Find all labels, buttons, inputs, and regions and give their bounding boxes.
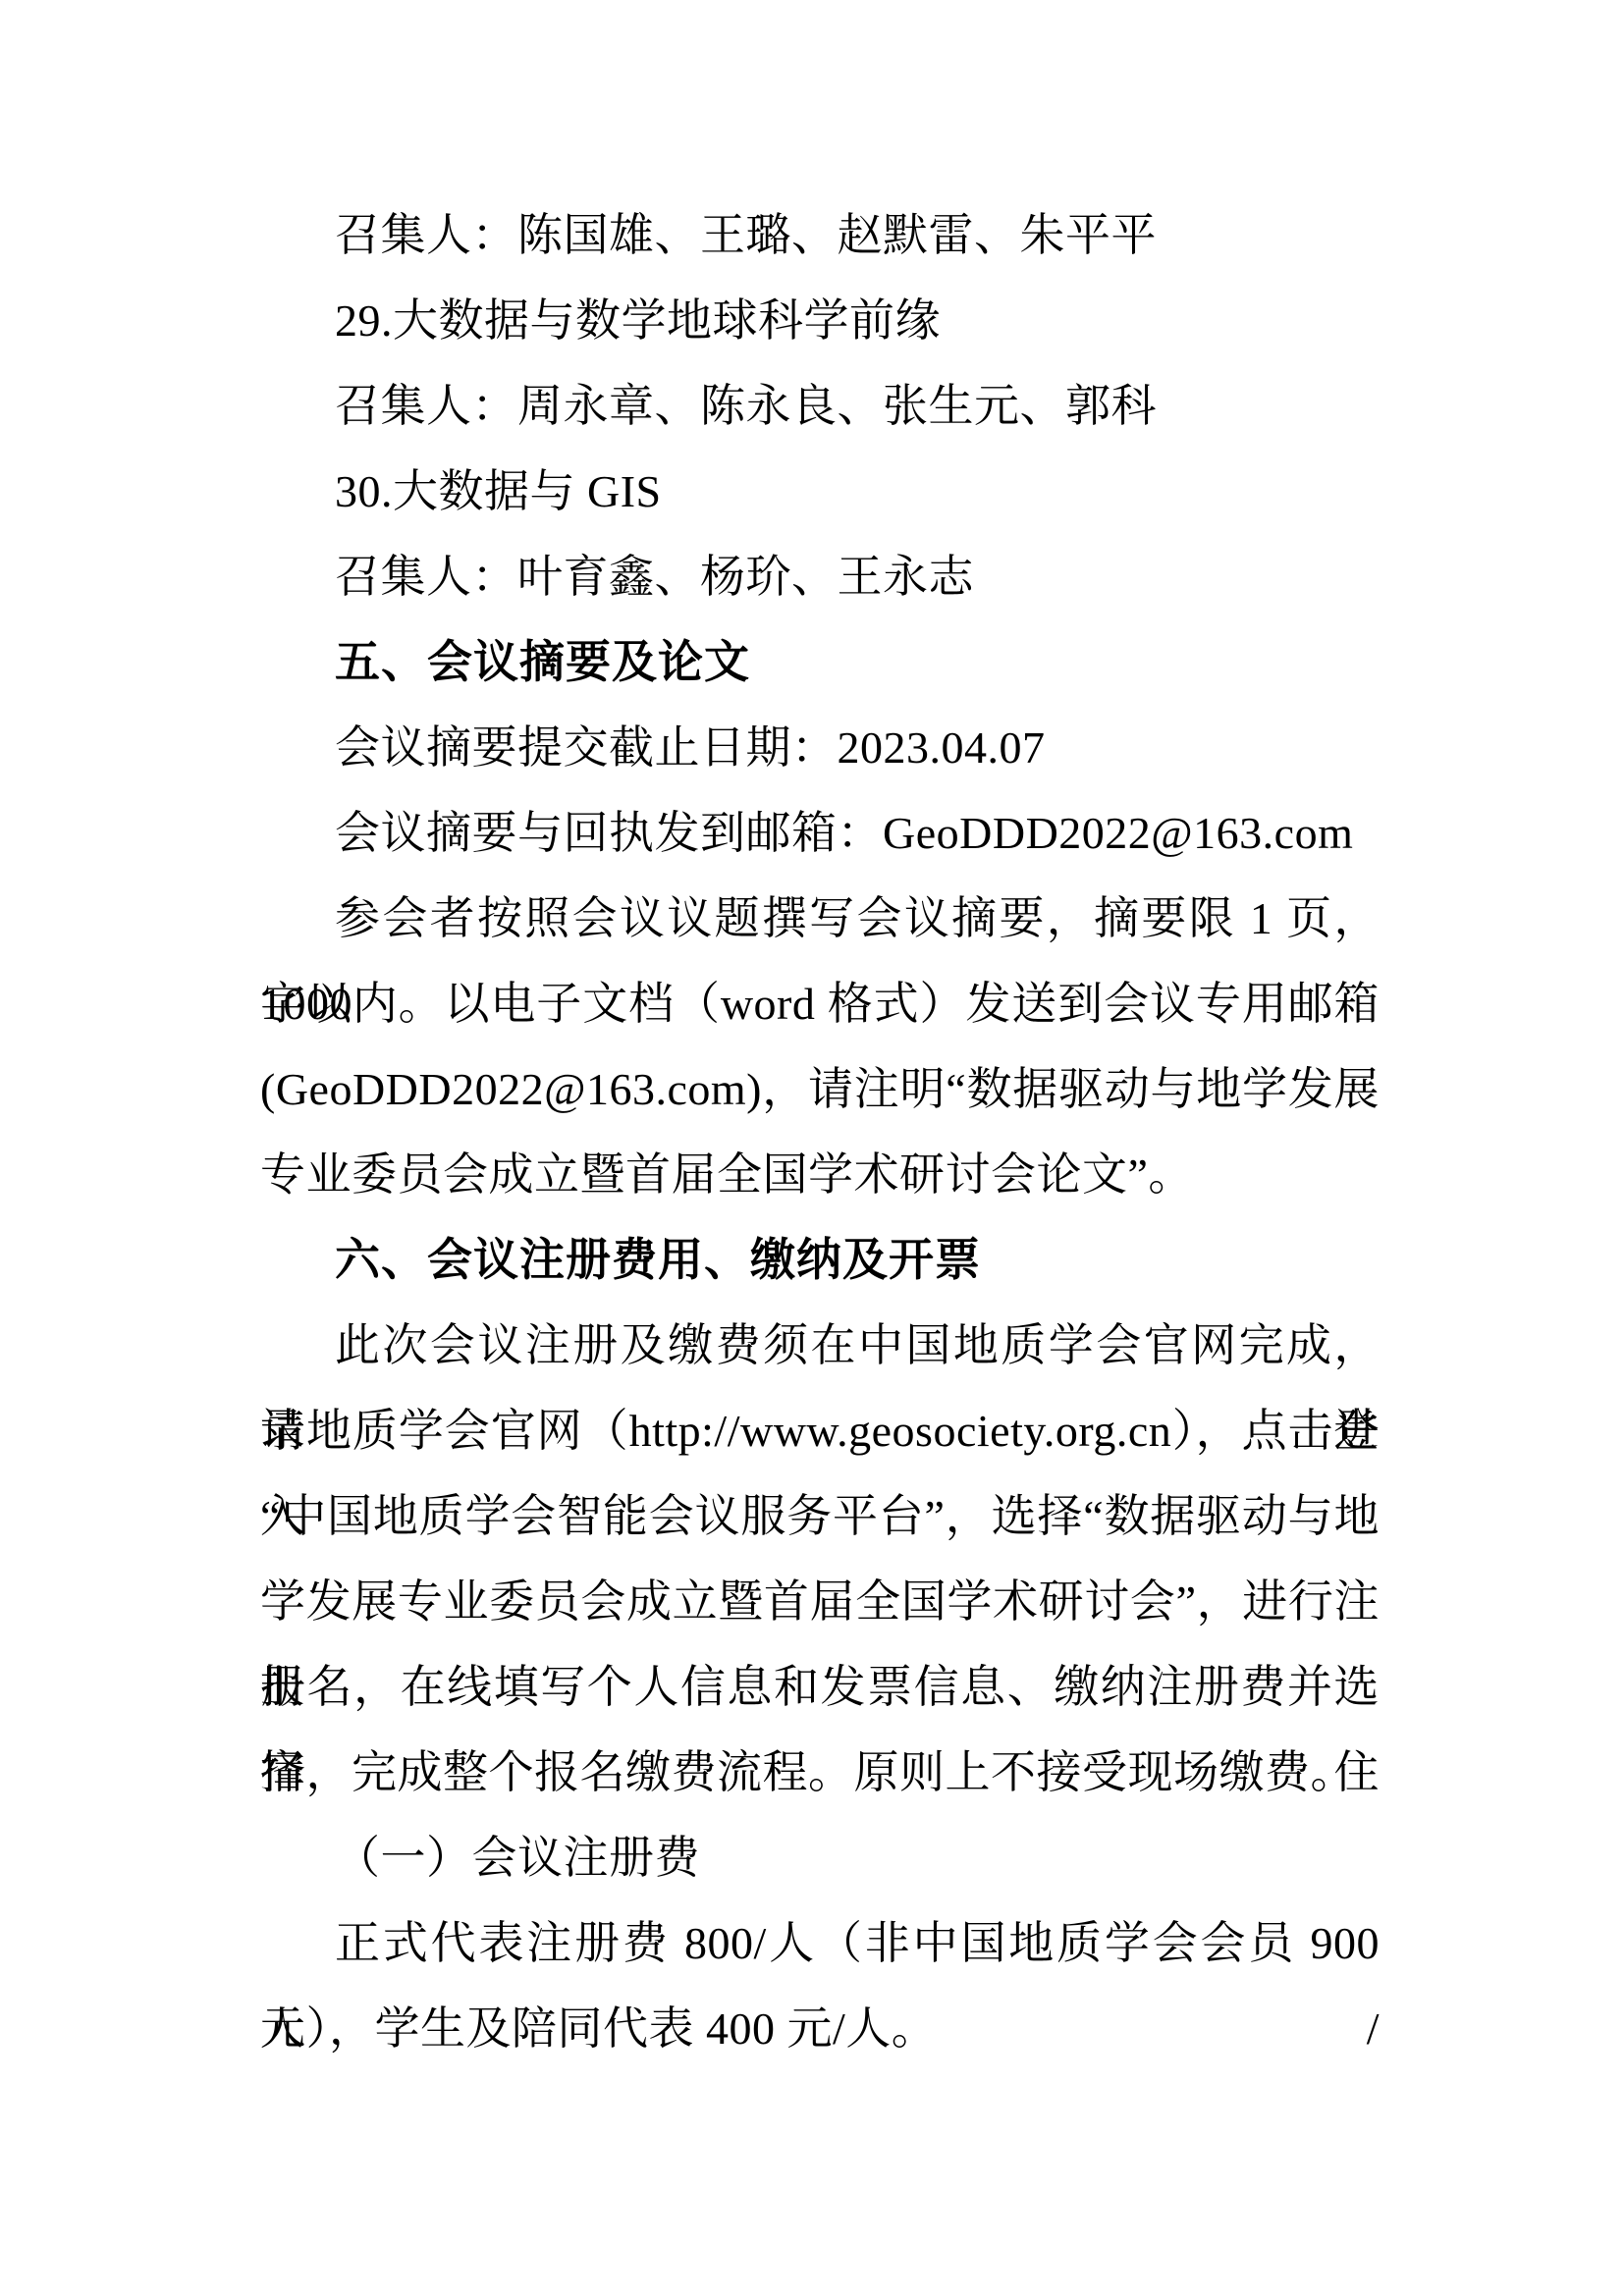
registration-paragraph-line-5: 报名，在线填写个人信息和发票信息、缴纳注册费并选择住 (260, 1644, 1380, 1730)
registration-paragraph-line-1: 此次会议注册及缴费须在中国地质学会官网完成，请登 (260, 1303, 1380, 1388)
abstract-paragraph-line-3: (GeoDDD2022@163.com)，请注明“数据驱动与地学发展 (260, 1046, 1380, 1132)
document-page: 召集人：陈国雄、王璐、赵默雷、朱平平 29.大数据与数学地球科学前缘 召集人：周… (0, 0, 1624, 2296)
registration-paragraph-line-6: 宿，完成整个报名缴费流程。原则上不接受现场缴费。 (260, 1730, 1380, 1815)
conveners-line-topic-30: 召集人：叶育鑫、杨玠、王永志 (260, 534, 1380, 619)
abstract-paragraph-line-2: 字以内。以电子文档（word 格式）发送到会议专用邮箱 (260, 961, 1380, 1046)
abstract-paragraph-line-1: 参会者按照会议议题撰写会议摘要，摘要限 1 页，1000 (260, 876, 1380, 961)
section-6-heading: 六、会议注册费用、缴纳及开票 (260, 1217, 1380, 1303)
registration-fee-subheading: （一）会议注册费 (260, 1815, 1380, 1900)
registration-paragraph-line-2: 录地质学会官网（http://www.geosociety.org.cn），点击… (260, 1388, 1380, 1473)
fee-detail-line-1: 正式代表注册费 800/人（非中国地质学会会员 900 元/ (260, 1900, 1380, 1986)
topic-29-title: 29.大数据与数学地球科学前缘 (260, 278, 1380, 363)
conveners-line-topic-28: 召集人：陈国雄、王璐、赵默雷、朱平平 (260, 192, 1380, 278)
topic-30-title: 30.大数据与 GIS (260, 449, 1380, 534)
abstract-paragraph-line-4: 专业委员会成立暨首届全国学术研讨会论文”。 (260, 1132, 1380, 1217)
abstract-email-line: 会议摘要与回执发到邮箱：GeoDDD2022@163.com (260, 790, 1380, 876)
conveners-line-topic-29: 召集人：周永章、陈永良、张生元、郭科 (260, 363, 1380, 449)
abstract-deadline-line: 会议摘要提交截止日期：2023.04.07 (260, 705, 1380, 790)
registration-paragraph-line-3: “中国地质学会智能会议服务平台”，选择“数据驱动与地 (260, 1473, 1380, 1559)
registration-paragraph-line-4: 学发展专业委员会成立暨首届全国学术研讨会”，进行注册 (260, 1559, 1380, 1644)
section-5-heading: 五、会议摘要及论文 (260, 619, 1380, 705)
